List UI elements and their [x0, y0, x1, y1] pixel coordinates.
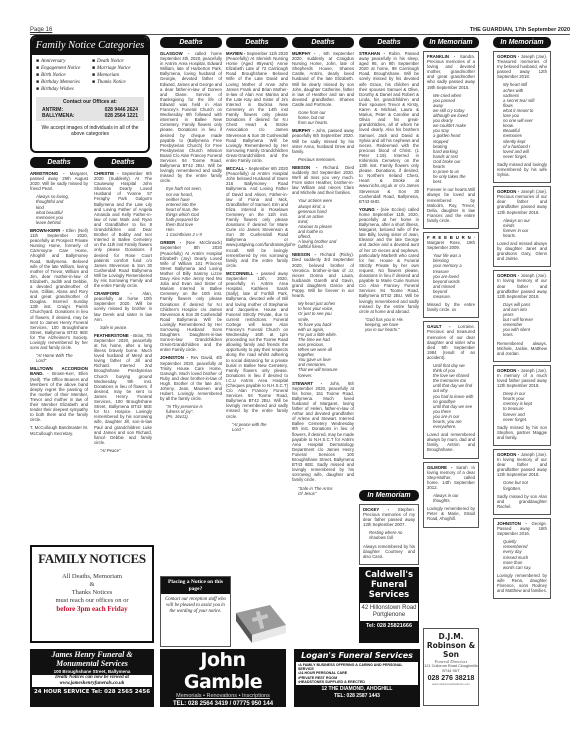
- notice-text: GILMORE - Sarah In loving memory of a de…: [427, 465, 475, 490]
- notice-body: Alan, peacefully at home 10th September …: [94, 291, 152, 321]
- memoriam-mid: In Memoriam DICKEY - Stephen. Precious m…: [359, 490, 419, 568]
- bible-icon: [230, 603, 290, 645]
- ad-web-box: Death Notices can now be viewed at www.j…: [32, 675, 152, 687]
- ad-line: Thanks Notices: [32, 589, 152, 597]
- notice-body: Rev David, 4th September 2020, peacefull…: [160, 355, 222, 401]
- category-item: Marriage Notice: [92, 66, 144, 72]
- notice-verse: Quietly remembered every day missed much…: [497, 539, 547, 570]
- notice-closing: Loved and remembered always by mum, dad …: [427, 432, 475, 452]
- memoriam-notice: GORDON - Joseph (Joe). Precious memories…: [493, 186, 551, 267]
- ad-phone: 24 HOUR SERVICE Tel: 028 2565 2456: [30, 689, 154, 695]
- notice-verse: Resting where no shadows fall.: [363, 530, 415, 540]
- death-notice: MURPHY - John, passed away peacefully 6t…: [292, 128, 354, 162]
- notice-list: GORDON - Joseph (Joe). Treasured memorie…: [493, 51, 551, 599]
- notice-verse: Always in our thoughts.: [427, 493, 475, 503]
- column-4: Deaths MAYBIN - September 11th 2020 (Pea…: [226, 37, 288, 435]
- notice-verse: Gone from our home, but not from our hea…: [292, 110, 354, 125]
- notice-list: CHRISTIE - September 8th 2020 (Suddenly)…: [94, 171, 152, 453]
- notice-list: GLASGOW - called home September 4th, 202…: [160, 51, 222, 420]
- column-6: Deaths STRAHAN - Robin. Passed away peac…: [359, 37, 419, 335]
- death-notice: FEATHERSTONE - Brian, 7th September 2020…: [94, 333, 152, 453]
- notice-text: GORDON - Joseph (Joe). In loving memory …: [497, 452, 547, 477]
- masthead: THE GUARDIAN, 17th September 2020: [470, 27, 570, 33]
- death-notice: MILLTOWN ACCORDION BAND. - Brown-Kerr, E…: [30, 366, 88, 422]
- notice-text: FEATHERSTONE - Brian, 7th September 2020…: [94, 333, 152, 445]
- ad-features: •A FAMILY BUSINESS OFFERING A CARING AND…: [296, 662, 418, 685]
- death-notice: CRAWFORD - Alan, peacefully at home 10th…: [94, 291, 152, 330]
- notice-verse: Deep in our hearts your memory is kept t…: [497, 391, 547, 422]
- death-notice: STEWART - John, 6th September 2020, peac…: [292, 381, 354, 496]
- notice-list: MAYBIN - September 11th 2020 (Peacefully…: [226, 51, 288, 432]
- notice-body: Sandra. Precious memories of a loving an…: [427, 54, 475, 90]
- notice-verse: "In Thy presence is fulness of joy". (Ps…: [160, 404, 222, 419]
- notice-verse: Always on our minds forever in our heart…: [497, 218, 547, 238]
- ad-title: Caldwell's Funeral Services: [359, 567, 419, 600]
- family-notice-categories-box: Family Notice Categories Anniversary Dea…: [30, 35, 150, 153]
- death-notice: NEESON - Richard. Died suddenly 3rd Sept…: [292, 165, 354, 250]
- ad-address: 8 Rathmore Heights, Ballymena: [160, 708, 286, 714]
- john-gamble-ad: John Gamble Memorials • Renovations • In…: [160, 649, 286, 707]
- notice-body: Robin. Passed away peacefully in his sle…: [359, 51, 419, 204]
- notice-text: GORDON - Joseph (Joe). In loving memory …: [497, 273, 547, 298]
- deaths-heading: Deaths: [359, 37, 419, 48]
- category-item: Birth Notice: [36, 73, 88, 79]
- category-item: Thanks Notice: [92, 80, 144, 86]
- ad-address: 42 Hillonstown Road Portglenone: [360, 603, 418, 621]
- notice-closing: Always remembered by his daughter Courtn…: [363, 544, 415, 559]
- notice-text: T. McCullough Bandmaster M. McCullough S…: [30, 425, 88, 435]
- notice-text: MCCALL - September 6th 2020 (Peacefully)…: [226, 166, 288, 268]
- notice-closing: Lovingly remembered by Peter & Marie, St…: [427, 506, 475, 521]
- notice-body: passed away September 12th, 2020, peacef…: [226, 271, 288, 419]
- notice-body: - Brown-Kerr, Ellen (Nell). The Office B…: [30, 371, 88, 422]
- notice-text: NEESON - Richard. Died suddenly 3rd Sept…: [292, 165, 354, 196]
- notice-verse: We cried when you passed away we still c…: [427, 93, 475, 185]
- notice-text: JOHNSTON - Rev David, 4th September 2020…: [160, 355, 222, 401]
- notice-list: MURPHY - , 6th September 2020, suddenly …: [292, 51, 354, 496]
- office-phone: 028 2564 1221: [105, 113, 138, 119]
- death-notice: MCCONNELL - passed away September 12th, …: [226, 271, 288, 432]
- notice-text: MAYBIN - September 11th 2020 (Peacefully…: [226, 51, 288, 163]
- death-notice: NEESON - Richard (Ricky). Died suddenly …: [292, 252, 354, 377]
- deaths-heading: Deaths: [226, 37, 288, 48]
- memoriam-notice: GILMORE - Sarah In loving memory of a de…: [423, 462, 479, 528]
- notice-text: F R E E B U R N - Margaret Rose, 19th Se…: [427, 235, 475, 250]
- death-notice: BROWN-KERR - Ellen (Nell) 11th September…: [30, 228, 88, 363]
- death-notice: MURPHY - , 6th September 2020, suddenly …: [292, 51, 354, 125]
- notice-verse: "At peace with the Lord.": [226, 422, 288, 432]
- notice-text: GAULT - Lorraine. Precious and treasured…: [427, 324, 475, 360]
- memoriam-notice: FRANKLIN - Sandra. Precious memories of …: [423, 51, 479, 229]
- death-notice: ARMSTRONG - Margaret, passed away 29th A…: [30, 171, 88, 225]
- notice-text: DICKEY - Stephen. Precious memories of m…: [363, 507, 415, 527]
- notice-verse: Days will pass and turn into years but I…: [497, 302, 547, 338]
- death-notice: CHRISTIE - September 8th 2020 (Suddenly)…: [94, 171, 152, 288]
- placing-title: Placing a Notice on this page?: [161, 577, 230, 594]
- contact-box: Contact our Offices at: ANTRIM:028 9446 …: [36, 97, 144, 121]
- page-number: Page 16: [30, 27, 52, 33]
- category-item: Birthday Wishes: [36, 87, 88, 93]
- notice-text: GORDON - Joseph (Joe). In memory of a mu…: [497, 368, 547, 388]
- family-notices-ad: FAMILY NOTICES All Deaths, Memoriam & Th…: [30, 545, 154, 643]
- ad-feature: •HEADSTONES SUPPLIED & ERECTED: [298, 680, 416, 684]
- memoriam-notice: GORDON - Joseph (Joe). Treasured memorie…: [493, 51, 551, 183]
- ad-feature: •A FAMILY BUSINESS OFFERING A CARING AND…: [298, 663, 416, 671]
- death-notice: GLASGOW - called home September 4th, 202…: [160, 51, 222, 237]
- placing-notice-box: Placing a Notice on this page? Contact o…: [160, 576, 231, 647]
- notice-list: STRAHAN - Robin. Passed away peacefully …: [359, 51, 419, 332]
- notice-verse: Your life was a blessing your memory a t…: [427, 253, 475, 299]
- memoriam-notice: JOHNSTON - George. Passed away 16th Sept…: [493, 518, 551, 599]
- notice-body: (née Eccles) called home September 11th,…: [359, 207, 419, 314]
- notice-closing: Loved and missed always by daughter Jane…: [497, 241, 547, 261]
- notice-verse: "Safe in The Arms Of Jesus": [292, 486, 354, 496]
- ad-phone: TEL: 028 2564 3419 / 07775 950 144: [160, 701, 286, 707]
- notice-body: Ellen (Nell) 11th September 2020, peacef…: [30, 228, 88, 350]
- ad-title: James Henry Funeral & Monumental Service…: [30, 649, 154, 668]
- deaths-heading: Deaths: [160, 37, 222, 48]
- djm-robinson-ad: D.J.M. Robinson & Son Funeral Directors …: [423, 628, 479, 706]
- ad-title: FAMILY NOTICES: [32, 551, 152, 567]
- notice-verse: Always so loving, thoughtful and kind wh…: [30, 194, 88, 225]
- death-notice: YOUNG - (née Eccles) called home Septemb…: [359, 207, 419, 332]
- notice-body: September 8th 2020 (Suddenly) At The Cau…: [94, 171, 152, 288]
- notice-text: YOUNG - (née Eccles) called home Septemb…: [359, 207, 419, 314]
- notice-closing: Sadly missed by son Alan and granddaught…: [497, 494, 547, 509]
- category-item: Engagement Notice: [36, 66, 88, 72]
- memoriam-notice: GAULT - Lorraine. Precious and treasured…: [423, 321, 479, 458]
- notice-body: - Brian, 7th September 2020, peacefully …: [94, 333, 152, 445]
- notice-verse: Safe in peace.: [94, 325, 152, 330]
- office-name: BALLYMENA:: [42, 113, 75, 119]
- column-7: In Memoriam FRANKLIN - Sandra. Precious …: [423, 37, 479, 531]
- ad-services: Memorials • Renovations • Inscriptions: [160, 693, 286, 699]
- notice-text: ARMSTRONG - Margaret, passed away 29th A…: [30, 171, 88, 191]
- notice-list: FRANKLIN - Sandra. Precious memories of …: [423, 51, 479, 528]
- notice-body: Richard. Died suddenly 3rd September 202…: [292, 165, 354, 195]
- notice-body: , 6th September 2020, suddenly at Craigd…: [292, 51, 354, 107]
- placing-body: Contact our reception staff who will be …: [161, 594, 230, 619]
- death-notice: JOHNSTON - Rev David, 4th September 2020…: [160, 355, 222, 419]
- categories-title: Family Notice Categories: [32, 37, 148, 55]
- notice-text: GLASGOW - called home September 4th, 202…: [160, 51, 222, 183]
- deadline-text: before 3pm each Friday: [32, 605, 152, 613]
- ad-phone: 028 276 38218: [424, 675, 478, 682]
- notice-verse: Until that day we think of you the love …: [427, 363, 475, 429]
- deaths-heading: Deaths: [94, 157, 152, 168]
- notice-verse: My heart just aches to hear your voice, …: [292, 301, 354, 377]
- memoriam-heading: In Memoriam: [423, 37, 479, 48]
- contact-title: Contact our Offices at:: [40, 99, 140, 105]
- category-item: Anniversary: [36, 59, 88, 65]
- death-notice: MCCALL - September 6th 2020 (Peacefully)…: [226, 166, 288, 268]
- notice-text: MURPHY - John, passed away peacefully 6t…: [292, 128, 354, 153]
- notice-body: John, 6th September 2020, peacefully at …: [292, 381, 354, 483]
- death-notice: MAYBIN - September 11th 2020 (Peacefully…: [226, 51, 288, 163]
- notice-text: STEWART - John, 6th September 2020, peac…: [292, 381, 354, 483]
- notice-body: (Nee McClintock) September 8th 2020 (Pea…: [160, 240, 222, 352]
- notice-text: GORDON - Joseph (Joe). Precious memories…: [497, 189, 547, 214]
- memoriam-notice: F R E E B U R N - Margaret Rose, 19th Se…: [423, 232, 479, 318]
- notice-body: September 6th 2020 (Peacefully) at Antri…: [226, 166, 296, 268]
- categories-list: Anniversary Death Notice Engagement Noti…: [32, 55, 148, 95]
- notice-text: FRANKLIN - Sandra. Precious memories of …: [427, 54, 475, 90]
- ad-line: All Deaths, Memoriam: [32, 573, 152, 581]
- notice-body: T. McCullough Bandmaster M. McCullough S…: [30, 425, 88, 435]
- death-notice: STRAHAN - Robin. Passed away peacefully …: [359, 51, 419, 204]
- ad-phone: TEL: 028 2587 1443: [294, 693, 420, 699]
- notice-closing: Sadly missed and lovingly remembered by …: [497, 162, 547, 177]
- ad-website[interactable]: www.robinsonsofcullorum.com: [424, 682, 478, 686]
- column-8: In Memoriam GORDON - Joseph (Joe). Treas…: [493, 37, 551, 602]
- death-notice: GREER - (Nee McClintock) September 8th 2…: [160, 240, 222, 352]
- notice-text: MURPHY - , 6th September 2020, suddenly …: [292, 51, 354, 107]
- memoriam-notice: DICKEY - Stephen. Precious memories of m…: [359, 504, 419, 565]
- memoriam-heading: In Memoriam: [493, 37, 551, 48]
- category-item: Birthday Memories: [36, 80, 88, 86]
- ad-title: John Gamble: [160, 649, 286, 693]
- notice-verse: Gone but not forgotten.: [497, 480, 547, 490]
- category-item: Death Notice: [92, 59, 144, 65]
- notice-text: CRAWFORD - Alan, peacefully at home 10th…: [94, 291, 152, 322]
- notice-body: called home September 4th, 2020, peacefu…: [160, 51, 222, 183]
- james-henry-ad: James Henry Funeral & Monumental Service…: [30, 649, 154, 707]
- notice-text: STRAHAN - Robin. Passed away peacefully …: [359, 51, 419, 204]
- memoriam-heading: In Memoriam: [359, 490, 419, 501]
- ad-address: 121 Cullorum Road Cloughmills BT44 9DT: [424, 664, 478, 673]
- notice-verse: Your actions were always kind, a generou…: [292, 198, 354, 249]
- notice-text: GORDON - Joseph (Joe). Treasured memorie…: [497, 54, 547, 79]
- column-2: Deaths CHRISTIE - September 8th 2020 (Su…: [94, 157, 152, 456]
- ad-title: Logan's Funeral Services: [294, 649, 420, 662]
- notice-verse: Precious memories.: [292, 157, 354, 162]
- notice-verse: Eye hath not seen, nor ear heard, neithe…: [160, 186, 222, 237]
- notice-closing: Sadly missed by his son Stephen, partner…: [497, 425, 547, 440]
- notice-body: September 11th 2020 (Peacefully) At Slem…: [226, 51, 288, 163]
- notice-closing: Lovingly remembered by wife Rena, daught…: [497, 573, 547, 593]
- notice-verse: "At Home With The Lord": [30, 353, 88, 363]
- column-5: Deaths MURPHY - , 6th September 2020, su…: [292, 37, 354, 499]
- ad-address: 100 Broughshane Street, Ballymena: [30, 669, 154, 674]
- notice-text: MILLTOWN ACCORDION BAND. - Brown-Kerr, E…: [30, 366, 88, 422]
- memoriam-notice: GORDON - Joseph (Joe). In loving memory …: [493, 449, 551, 515]
- ad-title: Robinson & Son: [424, 641, 478, 659]
- notice-verse: My heart still aches with sadness a secr…: [497, 82, 547, 158]
- death-notice: T. McCullough Bandmaster M. McCullough S…: [30, 425, 88, 435]
- notice-text: JOHNSTON - George. Passed away 16th Sept…: [497, 521, 547, 536]
- accept-note: We accept images of individuals in all o…: [32, 123, 148, 139]
- column-1: Deaths ARMSTRONG - Margaret, passed away…: [30, 157, 88, 439]
- deaths-heading: Deaths: [292, 37, 354, 48]
- notice-text: GREER - (Nee McClintock) September 8th 2…: [160, 240, 222, 352]
- deaths-heading: Deaths: [30, 157, 88, 168]
- memoriam-notice: GORDON - Joseph (Joe). In loving memory …: [493, 270, 551, 361]
- office-row: BALLYMENA:028 2564 1221: [40, 113, 140, 119]
- notice-verse: "God has you in His keeping, we have you…: [359, 317, 419, 332]
- ad-web-link[interactable]: www.jameshenryfunerals.co.uk: [32, 681, 152, 687]
- notice-list: ARMSTRONG - Margaret, passed away 29th A…: [30, 171, 88, 436]
- column-3: Deaths GLASGOW - called home September 4…: [160, 37, 222, 423]
- notice-list: DICKEY - Stephen. Precious memories of m…: [359, 504, 419, 565]
- caldwells-ad: Caldwell's Funeral Services 42 Hillonsto…: [359, 567, 419, 643]
- ad-line: &: [32, 581, 152, 589]
- logans-ad: Logan's Funeral Services •A FAMILY BUSIN…: [294, 649, 420, 707]
- ad-line: must reach our offices on or: [32, 597, 152, 605]
- notice-closing: Forever in our hearts.Will always be lov…: [427, 187, 475, 223]
- ad-address: 12 THE DIAMOND, AHOGHILL: [294, 686, 420, 692]
- category-item: Memoriam: [92, 73, 144, 79]
- notice-text: NEESON - Richard (Ricky). Died suddenly …: [292, 252, 354, 298]
- notice-verse: "At Peace": [94, 448, 152, 453]
- notice-body: Richard (Ricky). Died suddenly 3rd Septe…: [292, 252, 354, 298]
- notice-body: Lorraine. Precious and treasured memorie…: [427, 324, 475, 360]
- memoriam-notice: GORDON - Joseph (Joe). In memory of a mu…: [493, 365, 551, 446]
- notice-closing: Remembered always, Michele, Jackie, Matt…: [497, 341, 547, 356]
- notice-closing: Missed by the entire family circle. xx: [427, 302, 475, 312]
- notice-text: MCCONNELL - passed away September 12th, …: [226, 271, 288, 419]
- ad-title: D.J.M.: [424, 629, 478, 641]
- notice-text: BROWN-KERR - Ellen (Nell) 11th September…: [30, 228, 88, 350]
- notice-text: CHRISTIE - September 8th 2020 (Suddenly)…: [94, 171, 152, 288]
- ad-phone: Tel: 028 25821666: [359, 621, 419, 629]
